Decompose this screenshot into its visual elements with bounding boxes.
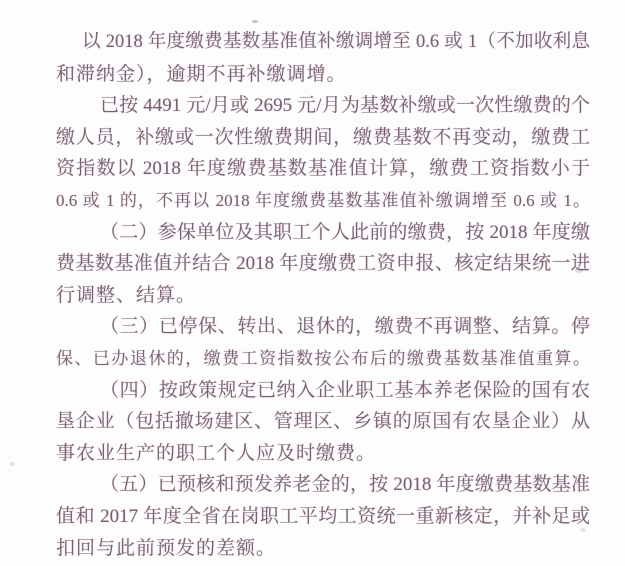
text-line: 缴人员，补缴或一次性缴费期间，缴费基数不再变动，缴费工: [56, 122, 590, 154]
text-line: 已按 4491 元/月或 2695 元/月为基数补缴或一次性缴费的个: [56, 90, 590, 122]
scan-artifact-speck: [10, 462, 15, 466]
text-line: 保、已办退休的，缴费工资指数按公布后的缴费基数基准值重算。: [56, 343, 590, 375]
text-line: 0.6 或 1 的，不再以 2018 年度缴费基数基准值补缴调增至 0.6 或 …: [56, 185, 590, 217]
text-line: （五）已预核和预发养老金的，按 2018 年度缴费基数基准: [56, 469, 590, 501]
text-line: 以 2018 年度缴费基数基准值补缴调增至 0.6 或 1（不加收利息: [56, 27, 590, 59]
text-line: （三）已停保、转出、退休的，缴费不再调整、结算。停: [56, 311, 590, 343]
text-line: （四）按政策规定已纳入企业职工基本养老保险的国有农: [56, 375, 590, 407]
document-text-block: 以 2018 年度缴费基数基准值补缴调增至 0.6 或 1（不加收利息 和滞纳金…: [56, 27, 590, 564]
text-line: 事农业生产的职工个人应及时缴费。: [56, 438, 590, 470]
text-line: 和滞纳金），逾期不再补缴调增。: [56, 59, 590, 91]
scan-artifact-dot: [252, 20, 258, 23]
text-line: （二）参保单位及其职工个人此前的缴费，按 2018 年度缴: [56, 217, 590, 249]
text-line: 垦企业（包括撤场建区、管理区、乡镇的原国有农垦企业）从: [56, 406, 590, 438]
document-page: 以 2018 年度缴费基数基准值补缴调增至 0.6 或 1（不加收利息 和滞纳金…: [0, 0, 625, 566]
text-line: 资指数以 2018 年度缴费基数基准值计算，缴费工资指数小于: [56, 153, 590, 185]
text-line: 费基数基准值并结合 2018 年度缴费工资申报、核定结果统一进: [56, 248, 590, 280]
text-line: 值和 2017 年度全省在岗职工平均工资统一重新核定，并补足或: [56, 501, 590, 533]
text-line: 扣回与此前预发的差额。: [56, 533, 590, 565]
text-line: 行调整、结算。: [56, 280, 590, 312]
